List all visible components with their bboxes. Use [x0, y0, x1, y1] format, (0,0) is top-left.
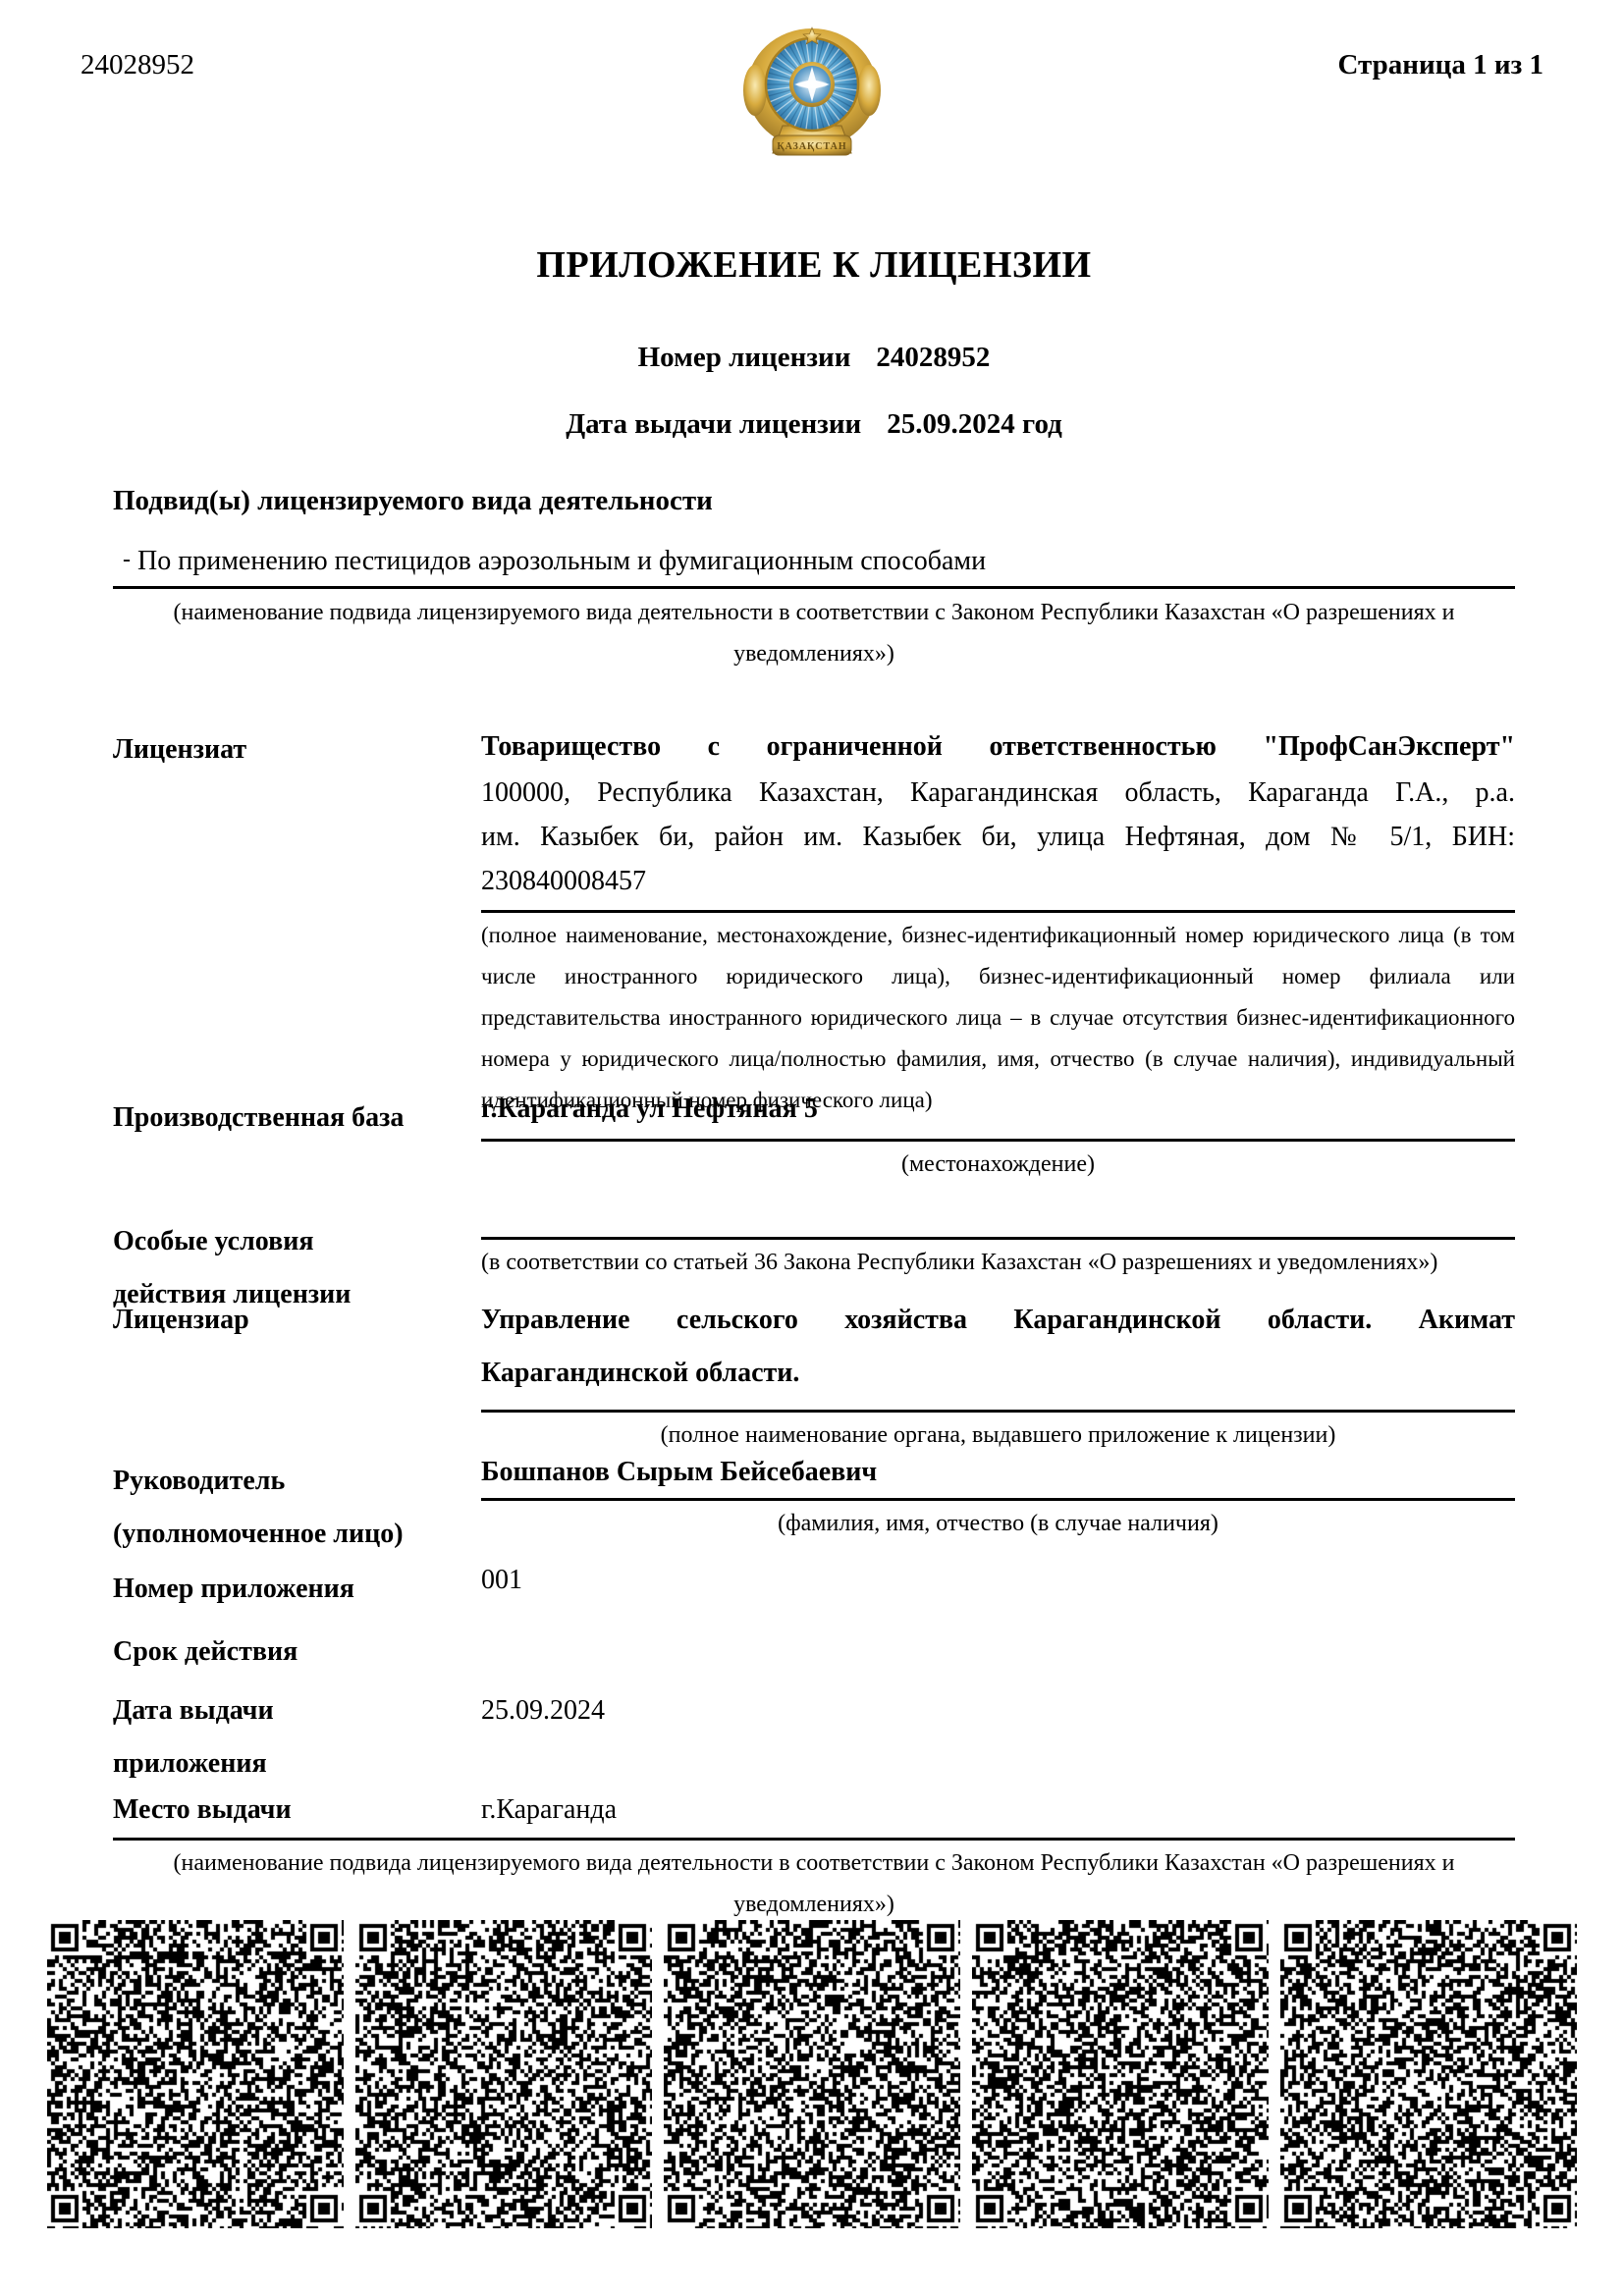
kazakhstan-coat-of-arms-icon: ҚАЗАҚСТАН — [733, 26, 891, 161]
emblem-banner-text: ҚАЗАҚСТАН — [777, 141, 846, 152]
license-issue-date-label: Дата выдачи лицензии — [566, 408, 861, 440]
subtype-caption: (наименование подвида лицензируемого вид… — [113, 592, 1515, 674]
head-person-value: Бошпанов Сырым Бейсебаевич — [481, 1455, 1515, 1501]
licensor-row: Лицензиар Управление сельского хозяйства… — [113, 1294, 1515, 1452]
emblem-svg: ҚАЗАҚСТАН — [733, 26, 891, 161]
licensee-row: Лицензиат Товарищество с ограниченной от… — [113, 723, 1515, 1121]
document-title: ПРИЛОЖЕНИЕ К ЛИЦЕНЗИИ — [113, 243, 1515, 287]
issue-place-label: Место выдачи — [113, 1792, 437, 1828]
appendix-number-row: Номер приложения 001 — [113, 1563, 1515, 1616]
signature-barcode — [355, 1920, 652, 2228]
appendix-number-value: 001 — [481, 1563, 1515, 1598]
head-person-value-cell: Бошпанов Сырым Бейсебаевич (фамилия, имя… — [481, 1455, 1515, 1540]
licensor-value-cell: Управление сельского хозяйства Караганди… — [481, 1294, 1515, 1452]
validity-row: Срок действия — [113, 1626, 1515, 1679]
subtype-section-heading: Подвид(ы) лицензируемого вида деятельнос… — [113, 485, 1515, 517]
production-base-caption: (местонахождение) — [481, 1148, 1515, 1181]
licensee-name: Товарищество с ограниченной ответственно… — [481, 723, 1515, 771]
issue-place-row: Место выдачи г.Караганда — [113, 1792, 1515, 1828]
license-issue-date-value: 25.09.2024 год — [887, 408, 1062, 440]
licensee-address-line: 230840008457 — [481, 859, 1515, 903]
license-number-line: Номер лицензии24028952 — [113, 342, 1515, 374]
license-number-value: 24028952 — [876, 342, 990, 373]
license-number-label: Номер лицензии — [638, 342, 851, 373]
licensee-address-line: им. Казыбек би, район им. Казыбек би, ул… — [481, 815, 1515, 859]
signature-barcode-strip — [47, 1920, 1577, 2228]
issue-place-block: Место выдачи г.Караганда (наименование п… — [113, 1792, 1515, 1925]
header-page-info: Страница 1 из 1 — [1337, 49, 1543, 81]
subtype-underline — [113, 586, 1515, 589]
production-base-value: г.Караганда ул Нефтяная 5 — [481, 1092, 1515, 1142]
special-conditions-caption: (в соответствии со статьей 36 Закона Рес… — [481, 1246, 1515, 1279]
appendix-issue-date-row: Дата выдачи приложения 25.09.2024 — [113, 1684, 1515, 1790]
footer-caption: (наименование подвида лицензируемого вид… — [113, 1842, 1515, 1925]
special-conditions-value-cell: (в соответствии со статьей 36 Закона Рес… — [481, 1215, 1515, 1279]
licensor-caption: (полное наименование органа, выдавшего п… — [481, 1418, 1515, 1452]
licensee-caption: (полное наименование, местонахождение, б… — [481, 915, 1515, 1121]
signature-barcode — [47, 1920, 344, 2228]
licensee-address-line: 100000, Республика Казахстан, Карагандин… — [481, 771, 1515, 815]
special-conditions-blank — [481, 1215, 1515, 1240]
subtype-item-text: По применению пестицидов аэрозольным и ф… — [137, 546, 986, 576]
issue-place-value: г.Караганда — [481, 1792, 1515, 1828]
license-issue-date-line: Дата выдачи лицензии25.09.2024 год — [113, 408, 1515, 441]
production-base-row: Производственная база г.Караганда ул Неф… — [113, 1092, 1515, 1181]
licensee-address: 100000, Республика Казахстан, Карагандин… — [481, 771, 1515, 913]
signature-barcode — [972, 1920, 1269, 2228]
head-person-row: Руководитель (уполномоченное лицо) Бошпа… — [113, 1455, 1515, 1561]
licensor-label: Лицензиар — [113, 1294, 437, 1347]
head-person-caption: (фамилия, имя, отчество (в случае наличи… — [481, 1507, 1515, 1540]
validity-label: Срок действия — [113, 1626, 437, 1679]
licensor-value: Управление сельского хозяйства Караганди… — [481, 1294, 1515, 1413]
subtype-section: - По применению пестицидов аэрозольным и… — [113, 546, 1515, 674]
production-base-value-cell: г.Караганда ул Нефтяная 5 (местонахожден… — [481, 1092, 1515, 1181]
production-base-label: Производственная база — [113, 1092, 437, 1145]
licensee-value: Товарищество с ограниченной ответственно… — [481, 723, 1515, 1121]
subtype-item: - По применению пестицидов аэрозольным и… — [113, 546, 1515, 577]
subtype-item-marker: - — [123, 547, 131, 572]
signature-barcode — [1280, 1920, 1577, 2228]
header-license-number: 24028952 — [81, 49, 194, 81]
footer-rule — [113, 1838, 1515, 1841]
licensee-label: Лицензиат — [113, 723, 437, 776]
head-person-label: Руководитель (уполномоченное лицо) — [113, 1455, 437, 1561]
appendix-number-label: Номер приложения — [113, 1563, 437, 1616]
signature-barcode — [664, 1920, 960, 2228]
appendix-issue-date-value: 25.09.2024 — [481, 1684, 1515, 1737]
appendix-issue-date-label: Дата выдачи приложения — [113, 1684, 437, 1790]
